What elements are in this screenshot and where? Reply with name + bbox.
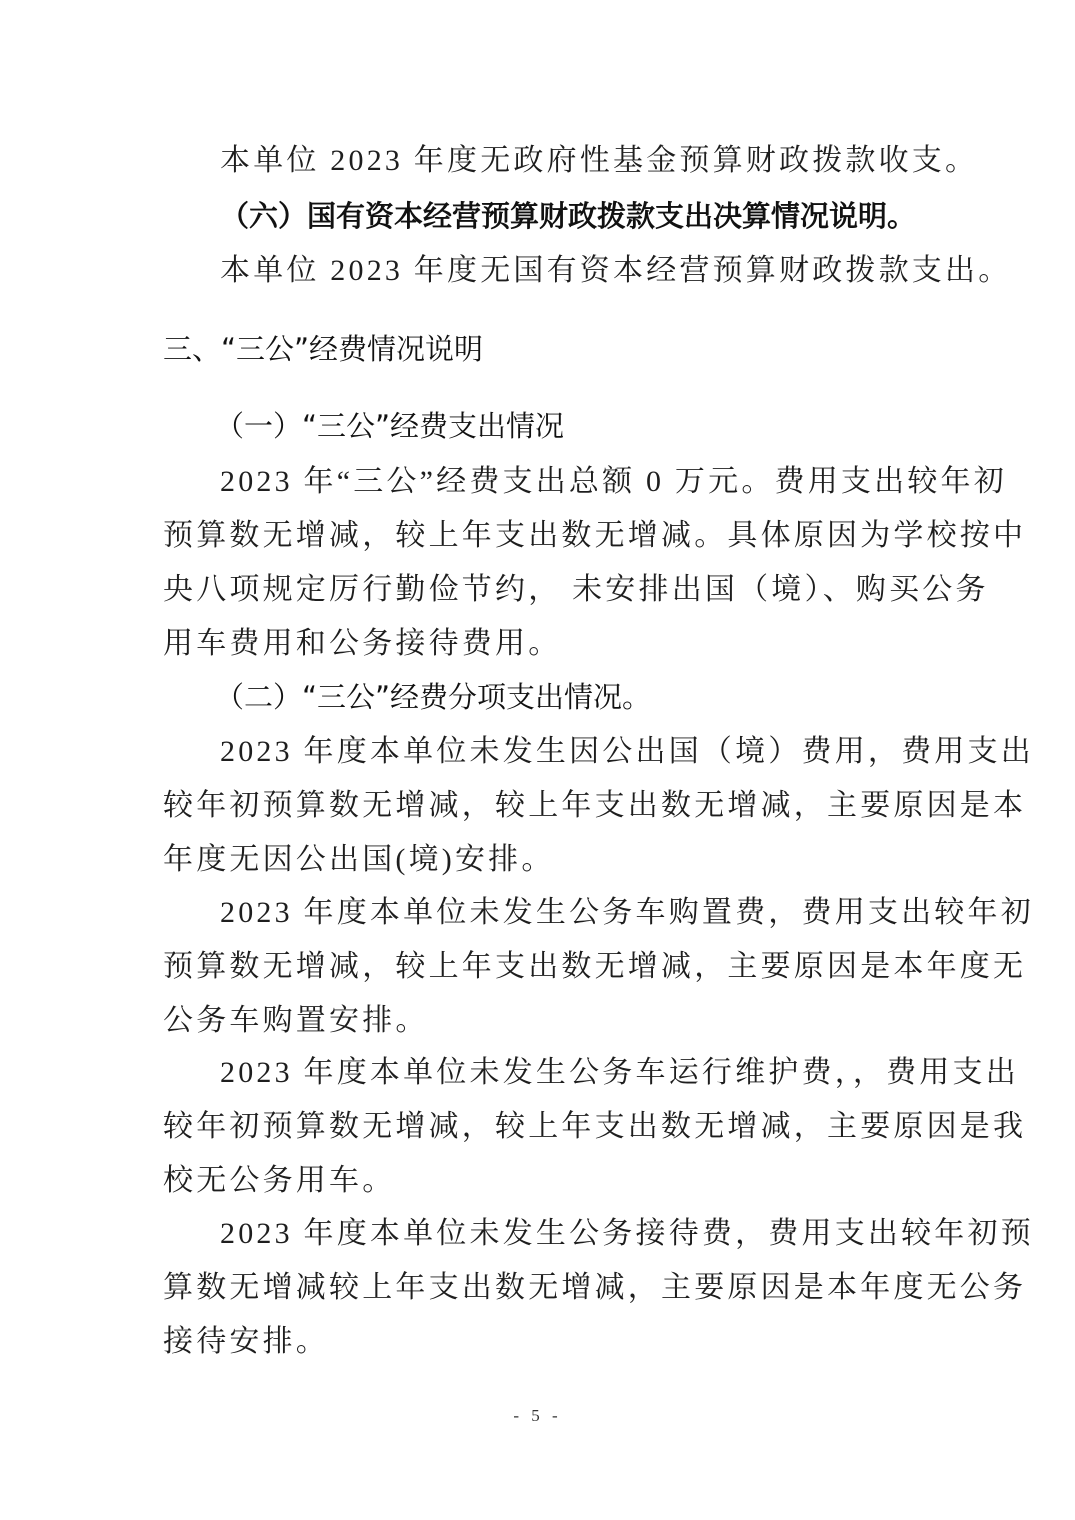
paragraph-line: 预算数无增减，较上年支出数无增减，主要原因是本年度无	[163, 952, 1026, 982]
paragraph-line: 公务车购置安排。	[163, 1006, 429, 1036]
paragraph-line: 接待安排。	[163, 1327, 329, 1357]
paragraph-line: 2023 年度本单位未发生公务车购置费，费用支出较年初	[220, 898, 1034, 928]
subheading-state-capital: （六）国有资本经营预算财政拨款支出决算情况说明。	[220, 202, 916, 231]
subheading-itemized-expenditure: （二）“三公”经费分项支出情况。	[215, 683, 651, 712]
paragraph-line: 2023 年度本单位未发生因公出国（境）费用，费用支出	[220, 737, 1034, 767]
paragraph-line: 校无公务用车。	[163, 1166, 395, 1196]
paragraph-line: 较年初预算数无增减，较上年支出数无增减，主要原因是本	[163, 791, 1026, 821]
paragraph-line: 年度无因公出国(境)安排。	[163, 845, 555, 875]
paragraph-line: 用车费用和公务接待费用。	[163, 629, 561, 659]
paragraph-line-state-capital: 本单位 2023 年度无国有资本经营预算财政拨款支出。	[220, 256, 1011, 286]
paragraph-line: 预算数无增减，较上年支出数无增减。具体原因为学校按中	[163, 521, 1026, 551]
paragraph-line: 央八项规定厉行勤俭节约， 未安排出国（境）、购买公务	[163, 575, 989, 605]
paragraph-line: 2023 年度本单位未发生公务车运行维护费，，费用支出	[220, 1058, 1019, 1088]
paragraph-line: 2023 年“三公”经费支出总额 0 万元。费用支出较年初	[220, 467, 1007, 497]
paragraph-line: 算数无增减较上年支出数无增减，主要原因是本年度无公务	[163, 1273, 1026, 1303]
subheading-three-public-expenditure: （一）“三公”经费支出情况	[215, 412, 564, 441]
document-page: 本单位 2023 年度无政府性基金预算财政拨款收支。 （六）国有资本经营预算财政…	[0, 0, 1075, 1520]
section-heading-three-public: 三、“三公”经费情况说明	[163, 335, 483, 364]
page-number: - 5 -	[0, 1406, 1075, 1426]
paragraph-line-government-fund: 本单位 2023 年度无政府性基金预算财政拨款收支。	[220, 146, 978, 176]
paragraph-line: 较年初预算数无增减，较上年支出数无增减，主要原因是我	[163, 1112, 1026, 1142]
paragraph-line: 2023 年度本单位未发生公务接待费，费用支出较年初预	[220, 1219, 1034, 1249]
